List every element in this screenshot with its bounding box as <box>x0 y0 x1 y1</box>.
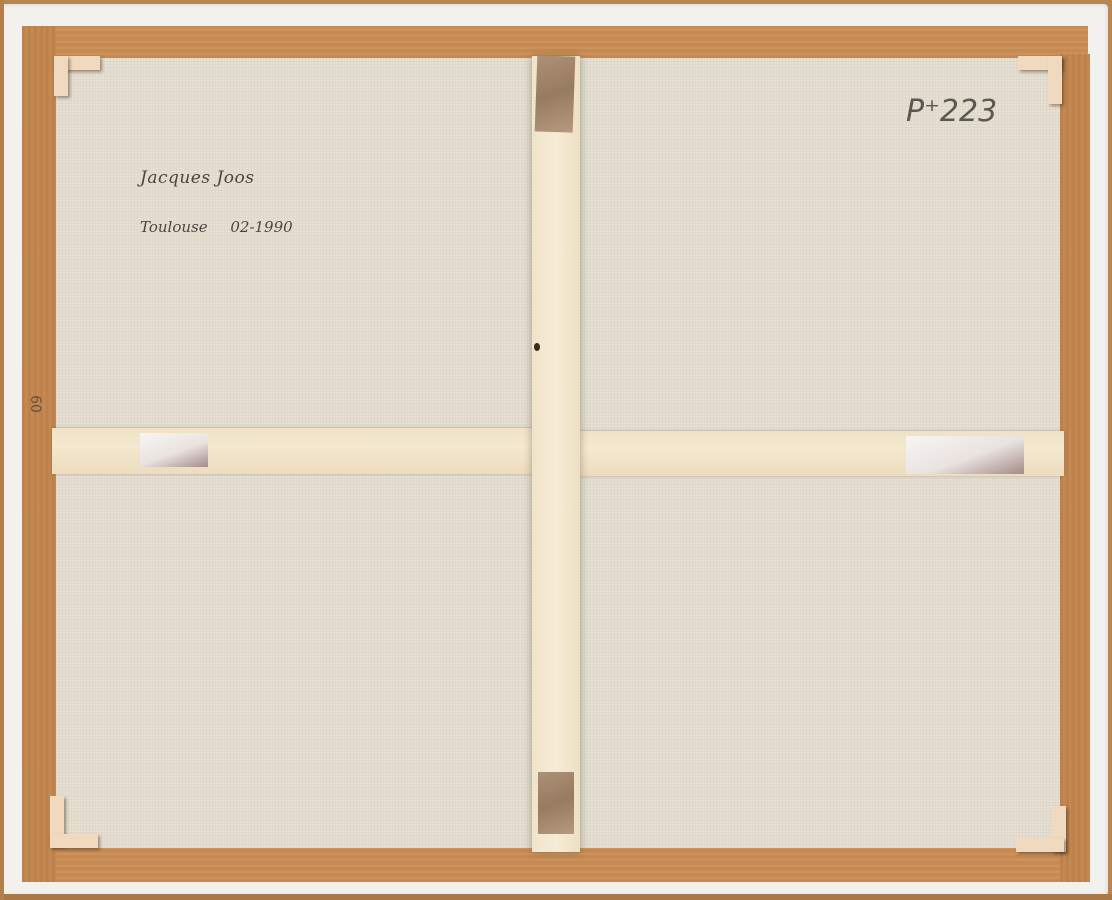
stretcher-bar-top <box>26 26 1088 58</box>
corner-key-bottom-right <box>1016 838 1064 852</box>
corner-key-top-left-vertical <box>54 56 68 96</box>
place-date-inscription: Toulouse 02-1990 <box>140 218 293 236</box>
artist-signature: Jacques Joos <box>140 168 255 188</box>
tape-right <box>906 436 1024 474</box>
cross-brace-vertical <box>532 56 580 852</box>
stretcher-bar-bottom <box>26 848 1088 882</box>
tape-left <box>140 433 208 467</box>
outer-frame-edge-left <box>0 0 4 900</box>
cross-brace-horizontal-left <box>52 428 532 474</box>
corner-key-top-right-vertical <box>1048 56 1062 104</box>
stretcher-size-mark: 60 <box>27 395 43 413</box>
outer-frame-edge-bottom <box>0 894 1112 900</box>
stretcher-bar-left <box>22 26 56 882</box>
tape-top <box>535 55 576 132</box>
corner-key-bottom-left <box>50 834 98 848</box>
wood-knot <box>534 343 540 351</box>
stretcher-bar-right <box>1060 54 1090 882</box>
inventory-number: P⁺223 <box>906 94 997 129</box>
tape-bottom <box>538 772 574 834</box>
